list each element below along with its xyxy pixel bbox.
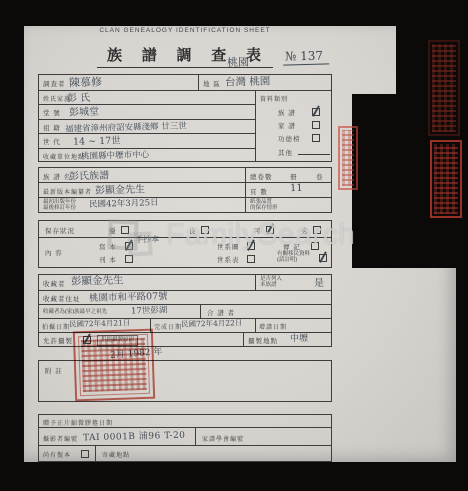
earliest-ancestor-label: 收藏者為(家)族最早之祖先: [43, 309, 107, 316]
genealogy-name-label: 族 譜 名: [43, 172, 71, 181]
content-option-label2: (請註明): [277, 257, 297, 264]
category-checkbox-family-genealogy: [312, 121, 320, 129]
photographer-number-label: 攝影者編號: [43, 434, 78, 443]
region-value: 台灣 桃園: [225, 73, 271, 89]
listed-label-line2: 本族譜: [260, 282, 277, 289]
region-label: 地 區: [203, 79, 221, 88]
holder-label: 收藏者: [43, 279, 66, 288]
genealogy-name-value: 彭氏族譜: [69, 166, 109, 182]
supplement-date-label: 增譜日期: [259, 322, 287, 331]
holder-address-label: 收藏者住址: [43, 294, 81, 303]
red-seal-stamp-right: [430, 140, 462, 218]
red-seal-stamp-top-right: [428, 40, 460, 136]
remarks-label: 附 註: [45, 366, 63, 375]
category-checkbox-clan-genealogy: [312, 108, 320, 116]
compiler-label: 最新版本編纂者: [43, 187, 92, 196]
material-category-block: 資料類別 族 譜 家 譜 功德榜 其他: [256, 91, 331, 162]
shoot-date-value: 民國72年4月21日: [69, 317, 131, 330]
scanned-document: CLAN GENEALOGY IDENTIFICATION SHEET 族 譜 …: [0, 0, 468, 491]
pub-year-value: 民國42年3月25日: [89, 196, 159, 210]
photographer-number-value: TAI 0001B 浦96 T-20: [83, 428, 186, 444]
content-checkbox-migration-data: [319, 254, 327, 262]
volumes-label: 總卷數: [250, 172, 273, 181]
category-checkbox-merit-board: [312, 134, 320, 142]
content-label: 內 容: [45, 248, 63, 257]
finish-date-value: 民國72年4月22日: [181, 317, 243, 330]
volumes-unit-ce: 冊: [290, 172, 298, 181]
deposit-place-label: 寄藏地點: [102, 450, 130, 459]
form-table-genealogy-info: 族 譜 名 彭氏族譜 總卷數 冊 卷 最新版本編纂者 彭顯金先生 頁 數 11 …: [38, 167, 332, 213]
holder-address-value: 桃園市和平路07號: [89, 288, 168, 304]
familysearch-watermark: FamilySearch: [166, 218, 355, 252]
earliest-ancestor-value: 17世彭湖: [131, 304, 168, 317]
category-item-label: 族 譜: [278, 108, 296, 117]
pages-label: 頁 數: [250, 187, 268, 196]
pages-value: 11: [290, 183, 303, 194]
category-header: 資料類別: [260, 94, 288, 103]
permit-filming-label: 允許攝製: [43, 336, 73, 345]
location-label: 收藏單位地點: [43, 152, 85, 161]
listed-value: 是: [314, 274, 324, 289]
pub-year-label-line2: 最後修訂年份: [43, 205, 76, 212]
origin-value: 福建省漳州府詔安縣淺鄉 廿三世: [65, 119, 187, 134]
location-value: 桃園縣中壢市中心: [81, 148, 149, 162]
compiler-value: 彭顯金先生: [95, 180, 145, 196]
filming-place-value: 中壢: [290, 331, 308, 344]
origin-label: 祖 籍: [43, 123, 61, 132]
category-item-label: 功德榜: [278, 134, 301, 143]
content-checkbox-lineage-table: [247, 255, 255, 263]
en-title: CLAN GENEALOGY IDENTIFICATION SHEET: [38, 27, 332, 34]
category-other-line: [298, 154, 330, 155]
generations-label: 世 代: [43, 137, 61, 146]
filming-place-label: 攝製地點: [248, 336, 278, 345]
generations-value: 14 ~ 17世: [73, 133, 121, 148]
joint-genealogy-label: 合 譜 者: [207, 308, 235, 317]
content-option-label: 刊 本: [99, 255, 117, 264]
preservation-label: 保存狀況: [45, 226, 75, 235]
hall-label: 堂 號: [43, 108, 61, 117]
category-item-label: 家 譜: [278, 121, 296, 130]
shoot-date-label: 拍攝日期: [42, 322, 70, 331]
form-table-identity: 調查者 陳慕修 地 區 台灣 桃園 姓氏家族 彭 氏 堂 號 彭城堂 祖 籍: [38, 74, 332, 162]
region-annotation: 桃園: [227, 54, 249, 71]
document-number: № 137: [283, 48, 329, 65]
paper-quality-label-line2: 的保存情形: [250, 205, 278, 212]
form-table-archive: 贈予正片縮微膠捲日期 攝影者編號 TAI 0001B 浦96 T-20 家譜學會…: [38, 414, 332, 462]
duplicate-copy-checkbox: [81, 450, 89, 458]
duplicate-copy-label: 尚有復本: [43, 450, 71, 459]
microfilm-donation-label: 贈予正片縮微膠捲日期: [43, 418, 113, 427]
category-other-label: 其他: [278, 148, 293, 157]
familysearch-logo-mark: [127, 231, 153, 257]
finish-date-label: 完成日期: [154, 322, 182, 331]
surveyor-label: 調查者: [43, 79, 66, 88]
red-seal-stamp-paper-edge: [338, 126, 358, 190]
society-number-label: 家譜學會編號: [202, 434, 244, 443]
holder-value: 彭顯金先生: [71, 272, 124, 288]
volumes-unit-juan: 卷: [316, 172, 324, 181]
hall-value: 彭城堂: [69, 103, 99, 119]
content-option-label: 世系表: [217, 255, 240, 264]
red-seal-stamp-collection: [73, 329, 155, 402]
